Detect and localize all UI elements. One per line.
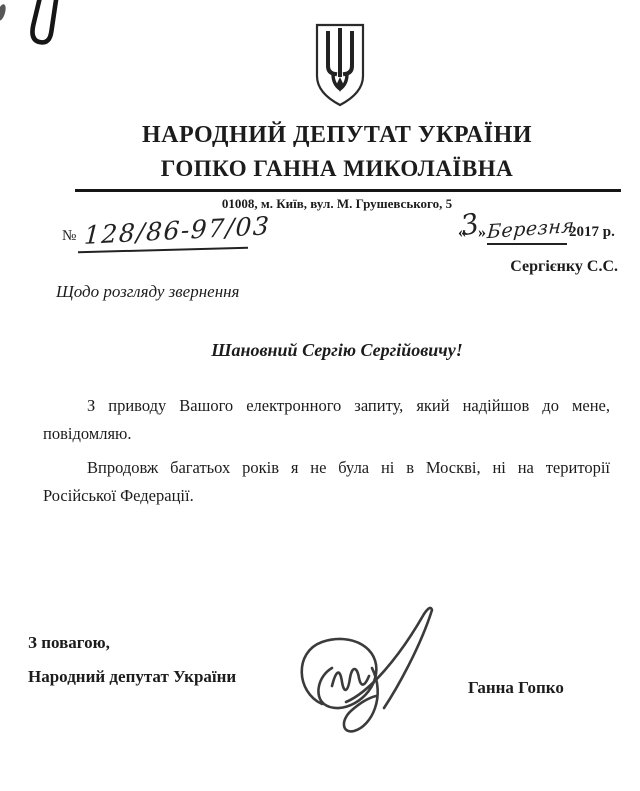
- letterhead-title: НАРОДНИЙ ДЕПУТАТ УКРАЇНИ: [30, 122, 640, 149]
- ref-number-handwritten: 128/86-97/03: [83, 211, 271, 250]
- body-line: повідомляю.: [43, 420, 610, 448]
- salutation: Шановний Сергію Сергійовичу!: [30, 340, 640, 361]
- closing-position: Народний депутат України: [28, 667, 236, 687]
- body-line: Впродовж багатьох років я не була ні в М…: [43, 454, 610, 482]
- scan-smudge: [0, 3, 7, 21]
- ukraine-trident-emblem: [312, 22, 368, 108]
- addressee: Сергієнку С.С.: [340, 258, 618, 276]
- closing-regards: З повагою,: [28, 633, 110, 653]
- date-year: 2017 р.: [569, 224, 615, 241]
- body-line: Російської Федерації.: [43, 482, 610, 510]
- date-month-handwritten: Березня: [486, 215, 575, 243]
- date-month-underline: [487, 243, 567, 245]
- letterhead-name: ГОПКО ГАННА МИКОЛАЇВНА: [30, 156, 640, 182]
- handwritten-signature: [288, 604, 440, 736]
- body-line: З приводу Вашого електронного запиту, як…: [43, 392, 610, 420]
- signer-name: Ганна Гопко: [468, 678, 564, 698]
- letterhead-address: 01008, м. Київ, вул. М. Грушевського, 5: [30, 196, 640, 212]
- ref-number-label: №: [62, 228, 76, 245]
- scanned-letter-page: НАРОДНИЙ ДЕПУТАТ УКРАЇНИ ГОПКО ГАННА МИК…: [0, 0, 640, 791]
- date-quote-close: »: [478, 224, 486, 242]
- subject-line: Щодо розгляду звернення: [56, 282, 239, 302]
- paperclip-icon: [22, 0, 69, 55]
- letter-body: З приводу Вашого електронного запиту, як…: [43, 392, 610, 510]
- header-divider: [75, 189, 621, 192]
